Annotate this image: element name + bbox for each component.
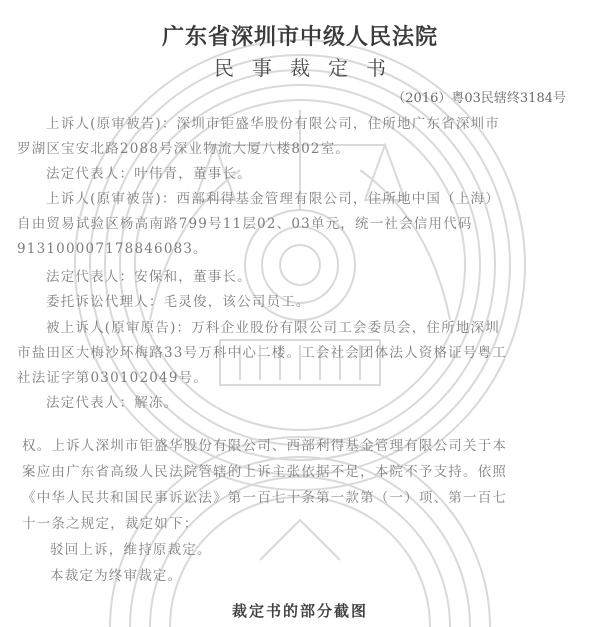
ruling-line4: 十一条之规定，裁定如下：: [22, 512, 198, 532]
ruling-line1: 权。上诉人深圳市钜盛华股份有限公司、西部利得基金管理有限公司关于本: [22, 434, 507, 454]
ruling-final: 本裁定为终审裁定。: [50, 564, 182, 584]
document-type: 民事裁定书: [0, 52, 600, 81]
court-ruling-document: 广东省深圳市中级人民法院 民事裁定书 （2016）粤03民辖终3184号 上诉人…: [0, 0, 600, 627]
case-number: （2016）粤03民辖终3184号: [392, 87, 566, 106]
appellee-line1: 被上诉人(原审原告)：万科企业股份有限公司工会委员会，住所地深圳: [46, 316, 500, 336]
appellant-1-line1: 上诉人(原审被告)：深圳市钜盛华股份有限公司，住所地广东省深圳市: [46, 112, 500, 132]
appellant-1-line2: 罗湖区宝安北路2088号深业物流大厦八楼802室。: [17, 137, 350, 157]
appellee-line2: 市盐田区大梅沙环梅路33号万科中心二楼。工会社会团体法人资格证号粤工: [17, 341, 507, 361]
ruling-line3: 《中华人民共和国民事诉讼法》第一百七十条第一款第（一）项、第一百七: [22, 486, 507, 506]
ruling-decision: 驳回上诉，维持原裁定。: [50, 538, 212, 558]
appellee-representative: 法定代表人：解冻。: [46, 391, 178, 411]
appellant-2-representative: 法定代表人：安保和，董事长。: [46, 265, 252, 285]
appellant-2-line1: 上诉人(原审被告)：西部利得基金管理有限公司，住所地中国（上海）: [46, 187, 500, 207]
appellee-line3: 社法证字第030102049号。: [17, 366, 208, 386]
image-caption: 裁定书的部分截图: [0, 600, 600, 621]
ruling-line2: 案应由广东省高级人民法院管辖的上诉主张依据不足，本院不予支持。依照: [22, 460, 507, 480]
appellant-2-agent: 委托诉讼代理人：毛灵俊，该公司员工。: [46, 290, 311, 310]
appellant-2-line2: 自由贸易试验区杨高南路799号11层02、03单元，统一社会信用代码: [17, 212, 473, 232]
appellant-2-credit-code: 91310000717884608З。: [17, 237, 208, 257]
appellant-1-representative: 法定代表人：叶伟青，董事长。: [46, 162, 252, 182]
court-name: 广东省深圳市中级人民法院: [0, 20, 600, 51]
